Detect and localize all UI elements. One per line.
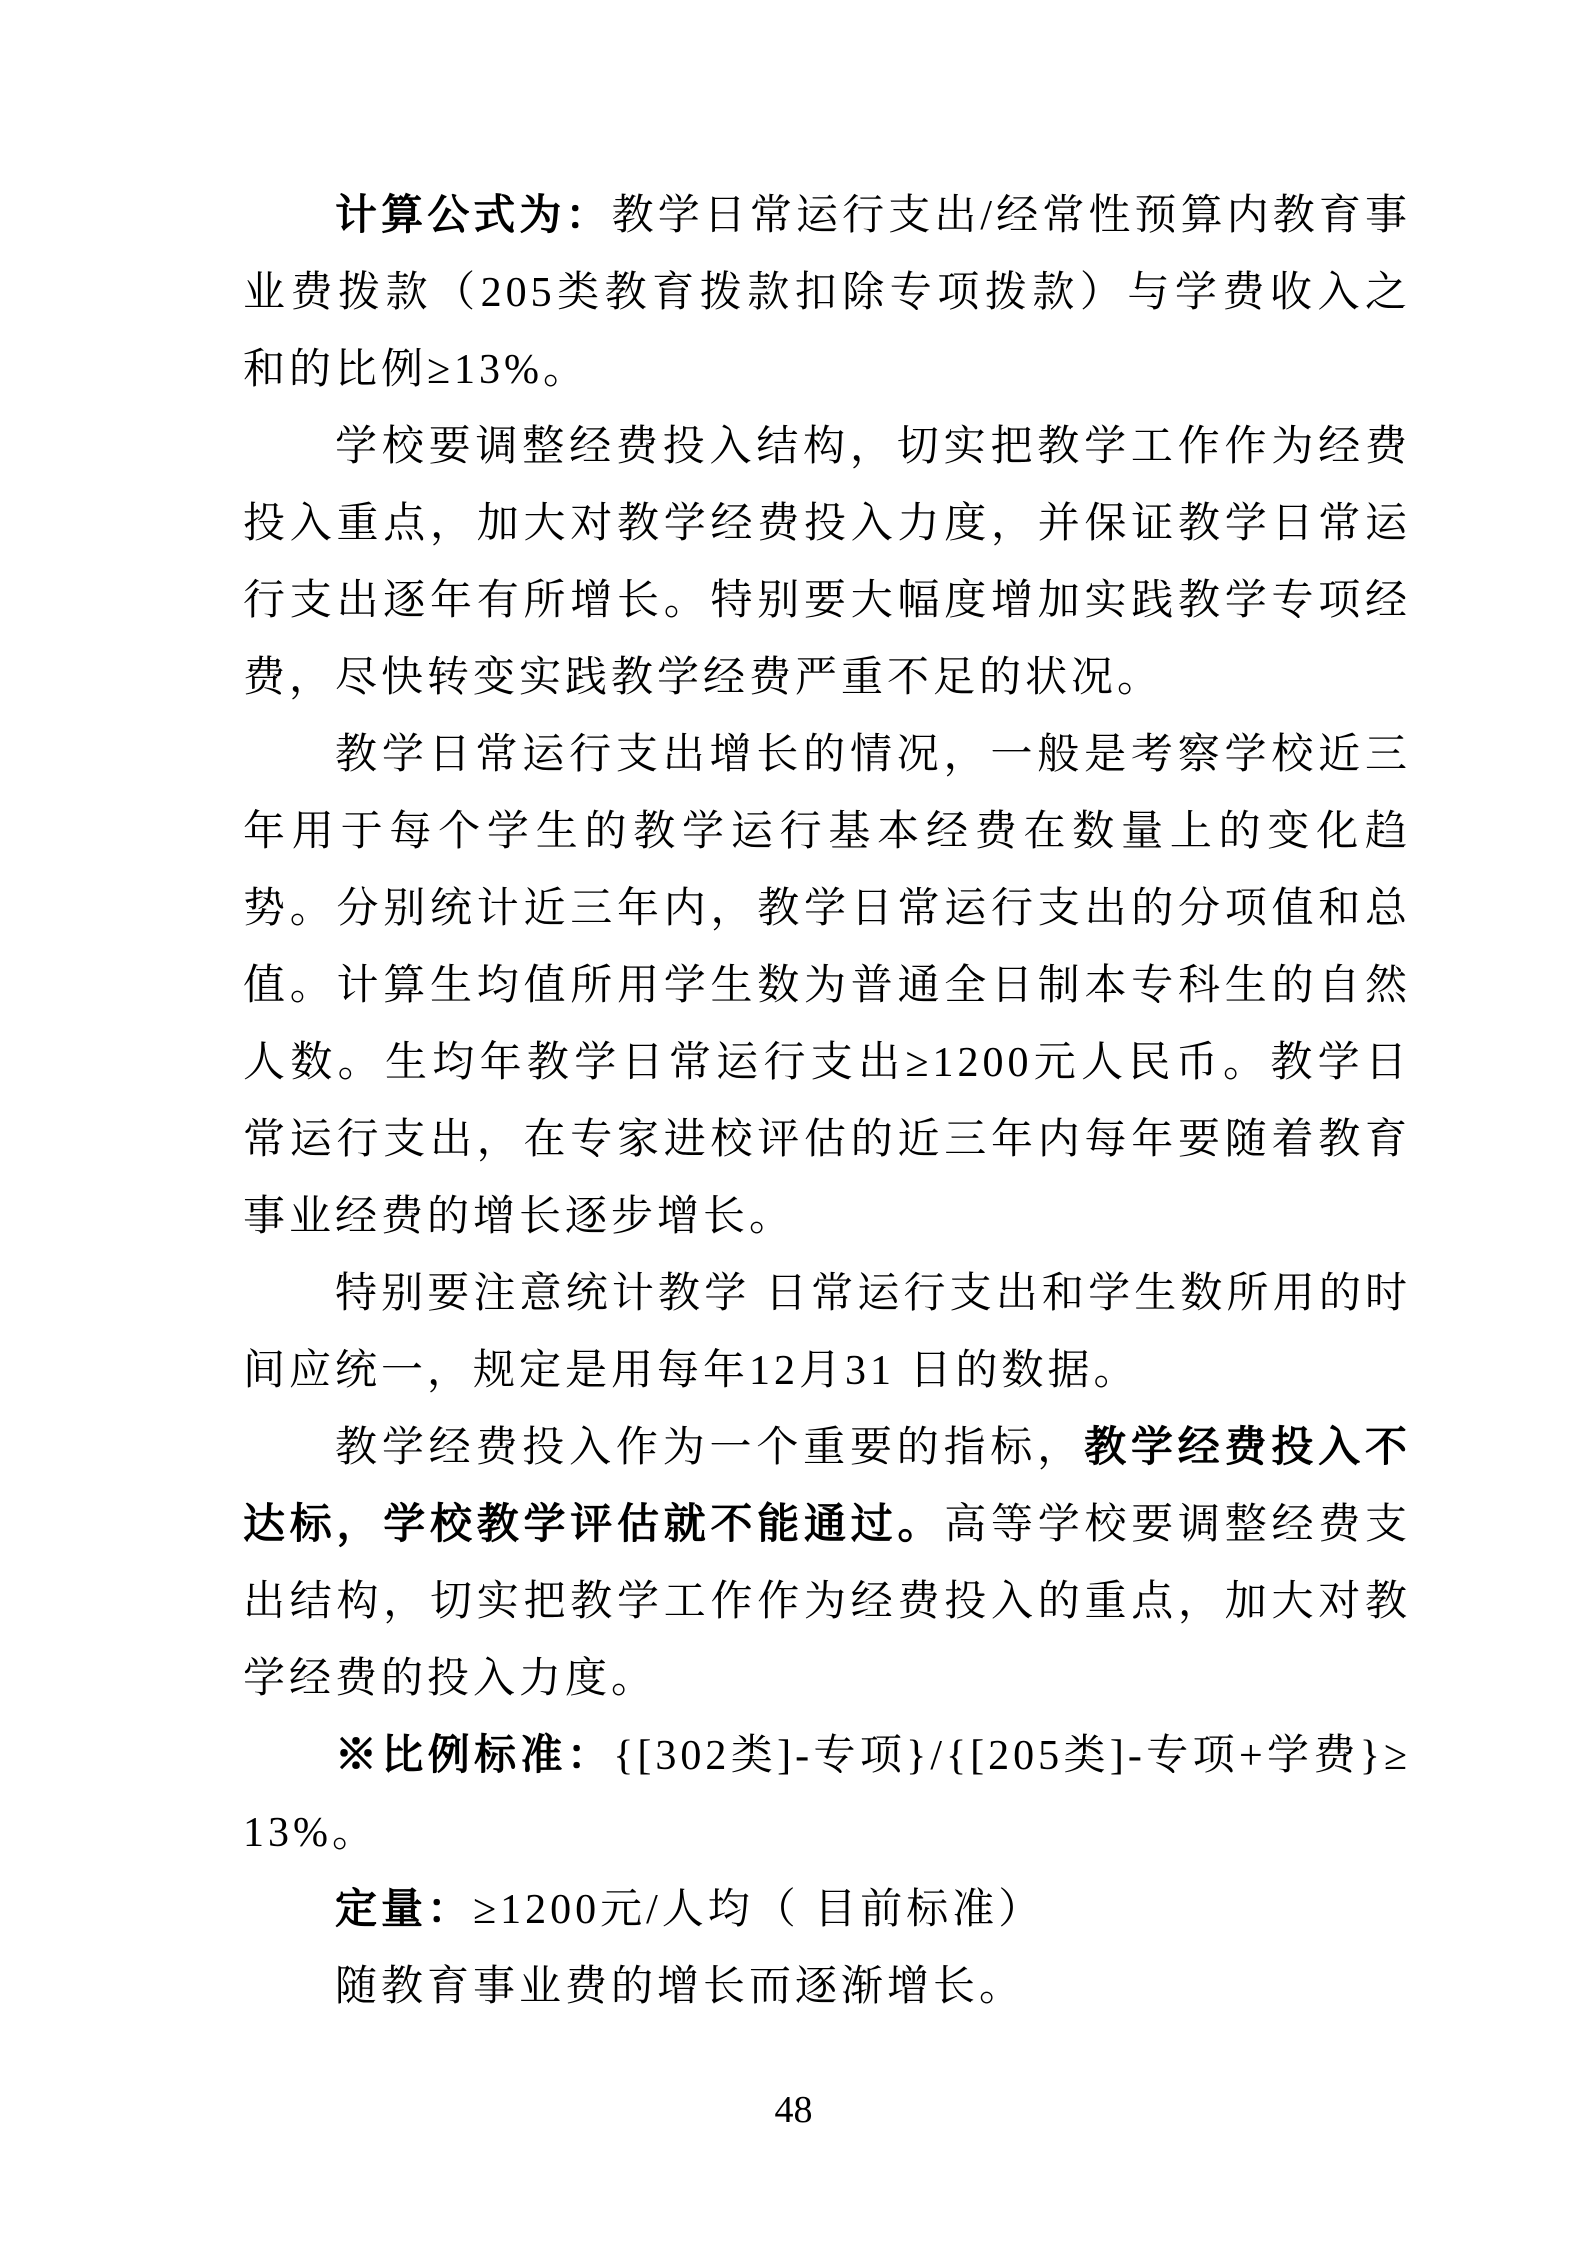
- text-body: 计算公式为：教学日常运行支出/经常性预算内教育事业费拨款（205类教育拨款扣除专…: [243, 178, 1411, 2026]
- paragraph-ratio-standard: ※比例标准：{[302类]-专项}/{[205类]-专项+学费}≥13%。: [243, 1718, 1411, 1872]
- quantitative-label: 定量：: [335, 1887, 473, 1933]
- paragraph-indicator-importance: 教学经费投入作为一个重要的指标，教学经费投入不达标，学校教学评估就不能通过。高等…: [243, 1410, 1411, 1718]
- paragraph-formula: 计算公式为：教学日常运行支出/经常性预算内教育事业费拨款（205类教育拨款扣除专…: [243, 178, 1411, 409]
- formula-lead-label: 计算公式为：: [335, 193, 612, 239]
- paragraph-growth-note: 随教育事业费的增长而逐渐增长。: [243, 1949, 1411, 2026]
- statistics-note-text: 特别要注意统计教学 日常运行支出和学生数所用的时间应统一，规定是用每年12月31…: [243, 1271, 1411, 1394]
- quantitative-value: ≥1200元/人均（ 目前标准）: [473, 1887, 1044, 1933]
- paragraph-quantitative-standard: 定量：≥1200元/人均（ 目前标准）: [243, 1872, 1411, 1949]
- growth-analysis-text: 教学日常运行支出增长的情况，一般是考察学校近三年用于每个学生的教学运行基本经费在…: [243, 732, 1411, 1240]
- paragraph-statistics-note: 特别要注意统计教学 日常运行支出和学生数所用的时间应统一，规定是用每年12月31…: [243, 1256, 1411, 1410]
- paragraph-structure-adjust: 学校要调整经费投入结构，切实把教学工作作为经费投入重点，加大对教学经费投入力度，…: [243, 409, 1411, 717]
- growth-note-text: 随教育事业费的增长而逐渐增长。: [335, 1964, 1025, 2010]
- indicator-lead-text: 教学经费投入作为一个重要的指标，: [335, 1425, 1084, 1471]
- ratio-standard-label: ※比例标准：: [335, 1733, 613, 1779]
- paragraph-growth-analysis: 教学日常运行支出增长的情况，一般是考察学校近三年用于每个学生的教学运行基本经费在…: [243, 717, 1411, 1256]
- page-number: 48: [0, 2088, 1587, 2132]
- structure-adjust-text: 学校要调整经费投入结构，切实把教学工作作为经费投入重点，加大对教学经费投入力度，…: [243, 424, 1411, 701]
- document-page: 计算公式为：教学日常运行支出/经常性预算内教育事业费拨款（205类教育拨款扣除专…: [0, 0, 1587, 2245]
